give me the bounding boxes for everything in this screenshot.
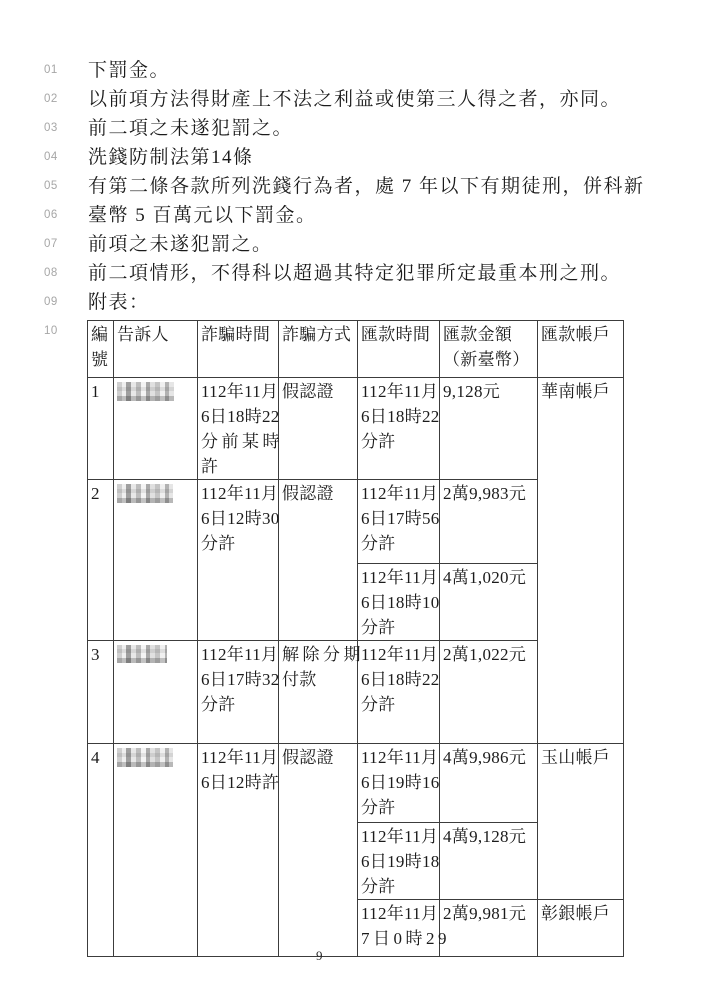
line-number: 03 [44, 114, 66, 143]
column-header-remit-account: 匯款帳戶 [538, 321, 624, 378]
cell-remit-amount: 2萬9,983元 [440, 480, 538, 564]
cell-fraud-method: 解除分期付款 [279, 641, 358, 744]
document-line: 06 臺幣 5 百萬元以下罰金。 [0, 201, 706, 230]
line-text: 下罰金。 [88, 56, 170, 85]
document-line: 05 有第二條各款所列洗錢行為者，處 7 年以下有期徒刑，併科新 [0, 172, 706, 201]
cell-fraud-method: 假認證 [279, 744, 358, 957]
table-row: 1 112年11月6日18時22分前某時許 假認證 112年11月 6日18時2… [88, 378, 624, 480]
document-line: 08 前二項情形，不得科以超過其特定犯罪所定最重本刑之刑。 [0, 259, 706, 288]
line-number: 08 [44, 259, 66, 288]
redacted-name-mosaic [117, 645, 167, 663]
redacted-name-mosaic [117, 382, 174, 401]
attachment-table: 編 號 告訴人 詐騙時間 詐騙方式 匯款時間 匯款金額 （新臺幣） 匯款帳戶 1… [87, 320, 624, 957]
document-line-table: 10 編 號 告訴人 詐騙時間 詐騙方式 匯款時間 匯款金額 （新臺幣） 匯款帳… [0, 317, 706, 957]
cell-id: 3 [88, 641, 114, 744]
cell-complainant [114, 378, 198, 480]
cell-fraud-method: 假認證 [279, 480, 358, 641]
column-header-fraud-method: 詐騙方式 [279, 321, 358, 378]
line-text: 前項之未遂犯罰之。 [88, 230, 273, 259]
column-header-fraud-time: 詐騙時間 [198, 321, 279, 378]
cell-remit-amount: 4萬9,128元 [440, 823, 538, 900]
cell-fraud-time: 112年11月 6日12時30 分許 [198, 480, 279, 641]
cell-remit-time: 112年11月7日0時29 [358, 900, 440, 957]
column-header-id: 編 號 [88, 321, 114, 378]
line-text: 有第二條各款所列洗錢行為者，處 7 年以下有期徒刑，併科新 [88, 172, 645, 201]
cell-remit-account: 玉山帳戶 [538, 744, 624, 900]
cell-complainant [114, 744, 198, 957]
page-number: 9 [316, 948, 323, 964]
cell-remit-time: 112年11月 6日17時56 分許 [358, 480, 440, 564]
cell-remit-amount: 4萬9,986元 [440, 744, 538, 823]
cell-fraud-method: 假認證 [279, 378, 358, 480]
line-number: 09 [44, 288, 66, 317]
column-header-complainant: 告訴人 [114, 321, 198, 378]
column-header-remit-time: 匯款時間 [358, 321, 440, 378]
line-text: 臺幣 5 百萬元以下罰金。 [88, 201, 317, 230]
cell-remit-account: 彰銀帳戶 [538, 900, 624, 957]
cell-remit-amount: 2萬1,022元 [440, 641, 538, 744]
cell-complainant [114, 480, 198, 641]
line-text: 前二項之未遂犯罰之。 [88, 114, 293, 143]
redacted-name-mosaic [117, 484, 173, 503]
cell-id: 4 [88, 744, 114, 957]
cell-id: 1 [88, 378, 114, 480]
line-text: 洗錢防制法第14條 [88, 143, 254, 172]
cell-remit-time: 112年11月 6日18時10 分許 [358, 564, 440, 641]
line-number: 01 [44, 56, 66, 85]
line-number: 04 [44, 143, 66, 172]
document-line: 01 下罰金。 [0, 56, 706, 85]
cell-fraud-time: 112年11月 6日17時32 分許 [198, 641, 279, 744]
cell-complainant [114, 641, 198, 744]
cell-remit-amount: 4萬1,020元 [440, 564, 538, 641]
cell-remit-time: 112年11月 6日18時22 分許 [358, 378, 440, 480]
redacted-name-mosaic [117, 748, 173, 767]
cell-id: 2 [88, 480, 114, 641]
cell-remit-amount: 9,128元 [440, 378, 538, 480]
cell-remit-time: 112年11月 6日19時18 分許 [358, 823, 440, 900]
cell-fraud-time: 112年11月 6日12時許 [198, 744, 279, 957]
line-text: 前二項情形，不得科以超過其特定犯罪所定最重本刑之刑。 [88, 259, 621, 288]
line-number: 07 [44, 230, 66, 259]
cell-remit-time: 112年11月 6日18時22 分許 [358, 641, 440, 744]
document-line: 02 以前項方法得財產上不法之利益或使第三人得之者，亦同。 [0, 85, 706, 114]
cell-remit-account: 華南帳戶 [538, 378, 624, 744]
line-text: 附表： [88, 288, 150, 317]
document-line: 07 前項之未遂犯罰之。 [0, 230, 706, 259]
line-number: 10 [44, 317, 66, 346]
attachment-table-wrap: 編 號 告訴人 詐騙時間 詐騙方式 匯款時間 匯款金額 （新臺幣） 匯款帳戶 1… [87, 317, 624, 957]
document-line: 04 洗錢防制法第14條 [0, 143, 706, 172]
line-number: 05 [44, 172, 66, 201]
table-row: 4 112年11月 6日12時許 假認證 112年11月 6日19時16 分許 … [88, 744, 624, 823]
court-document-page: 01 下罰金。 02 以前項方法得財產上不法之利益或使第三人得之者，亦同。 03… [0, 0, 706, 1000]
document-line: 09 附表： [0, 288, 706, 317]
cell-remit-amount: 2萬9,981元 [440, 900, 538, 957]
column-header-remit-amount: 匯款金額 （新臺幣） [440, 321, 538, 378]
line-number: 02 [44, 85, 66, 114]
line-text: 以前項方法得財產上不法之利益或使第三人得之者，亦同。 [88, 85, 621, 114]
line-number: 06 [44, 201, 66, 230]
table-header-row: 編 號 告訴人 詐騙時間 詐騙方式 匯款時間 匯款金額 （新臺幣） 匯款帳戶 [88, 321, 624, 378]
document-line: 03 前二項之未遂犯罰之。 [0, 114, 706, 143]
cell-remit-time: 112年11月 6日19時16 分許 [358, 744, 440, 823]
cell-fraud-time: 112年11月6日18時22分前某時許 [198, 378, 279, 480]
